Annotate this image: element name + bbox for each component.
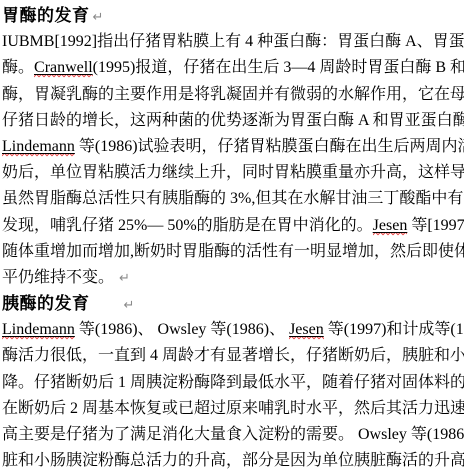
text-segment: 脏和小肠胰淀粉酶总活力的升高，部分是因为单位胰脏酶活的升高，但更主要 [2, 452, 464, 469]
document-page[interactable]: 胃酶的发育↵IUBMB[1992]指出仔猪胃粘膜上有 4 种蛋白酶：胃蛋白酶 A… [0, 0, 464, 473]
misspelled-name: Jesen [289, 321, 324, 338]
heading-text: 胃酶的发育 [2, 6, 90, 25]
text-segment: 仔猪日龄的增长，这两种菌的优势逐渐为胃蛋白酶 A 和胃亚蛋白酶替代 [2, 112, 464, 129]
text-line: 发现，哺乳仔猪 25%— 50%的脂肪是在胃中消化的。Jesen 等[1997]… [2, 213, 464, 239]
misspelled-name: Jesen [373, 217, 408, 234]
paragraph-mark-icon: ↵ [119, 271, 130, 286]
text-line: 平仍维持不变。↵ [2, 265, 464, 291]
text-segment: 平仍维持不变。 [2, 269, 114, 286]
text-segment: 随体重增加而增加,断奶时胃脂酶的活性有一明显增加，然后即使体重在不断 [2, 243, 464, 260]
text-line: Lindemann 等(1986)试验表明，仔猪胃粘膜蛋白酶在出生后两周内活性很… [2, 134, 464, 160]
text-segment: 高主要是仔猪为了满足消化大量食入淀粉的需要。 Owsley 等(1986)试验表… [2, 426, 464, 443]
text-segment: (1995)报道，仔猪在出生后 3—4 周龄时胃蛋白酶 B 和胃凝乳酶 [93, 59, 464, 76]
text-segment: 降。仔猪断奶后 1 周胰淀粉酶降到最低水平，随着仔猪对固体料的适应和饲料 [2, 374, 464, 391]
text-line: 仔猪日龄的增长，这两种菌的优势逐渐为胃蛋白酶 A 和胃亚蛋白酶替代 [2, 108, 464, 134]
text-segment: 等(1986)试验表明，仔猪胃粘膜蛋白酶在出生后两周内活性很低， [75, 138, 464, 155]
text-segment: 发现，哺乳仔猪 25%— 50%的脂肪是在胃中消化的。 [2, 217, 373, 234]
text-segment: 等(1986)、 Owsley 等(1986)、 [75, 321, 289, 338]
text-segment: 等[1997]报道， [407, 217, 464, 234]
text-line: 虽然胃脂酶总活性只有胰脂酶的 3%,但其在水解甘油三丁酸酯中有很重要的 [2, 186, 464, 212]
text-segment: 酶活力很低，一直到 4 周龄才有显著增长，仔猪断奶后，胰脏和小肠内胰淀粉 [2, 347, 464, 364]
text-line: 酶。Cranwell(1995)报道，仔猪在出生后 3—4 周龄时胃蛋白酶 B … [2, 55, 464, 81]
misspelled-name: Lindemann [2, 138, 75, 155]
heading-text: 胰酶的发育 [2, 294, 90, 313]
text-line: 酶活力很低，一直到 4 周龄才有显著增长，仔猪断奶后，胰脏和小肠内胰淀粉 [2, 343, 464, 369]
section-heading: 胰酶的发育↵ [2, 291, 464, 317]
text-segment: 酶，胃凝乳酶的主要作用是将乳凝固并有微弱的水解作用，它在母乳的消化中 [2, 86, 464, 103]
text-segment: 等(1997)和计成等(1997)报道， [324, 321, 464, 338]
section-heading: 胃酶的发育↵ [2, 3, 464, 29]
text-line: 脏和小肠胰淀粉酶总活力的升高，部分是因为单位胰脏酶活的升高，但更主要 [2, 448, 464, 473]
paragraph-mark-icon: ↵ [124, 298, 135, 313]
text-segment: 虽然胃脂酶总活性只有胰脂酶的 3%,但其在水解甘油三丁酸酯中有很重要的 [2, 190, 464, 207]
text-line: 降。仔猪断奶后 1 周胰淀粉酶降到最低水平，随着仔猪对固体料的适应和饲料 [2, 370, 464, 396]
misspelled-name: Cranwell [34, 59, 93, 76]
text-line: IUBMB[1992]指出仔猪胃粘膜上有 4 种蛋白酶：胃蛋白酶 A、胃蛋白酶 … [2, 29, 464, 55]
text-line: 随体重增加而增加,断奶时胃脂酶的活性有一明显增加，然后即使体重在不断 [2, 239, 464, 265]
text-segment: 酶。 [2, 59, 34, 76]
text-line: 在断奶后 2 周基本恢复或已超过原来哺乳时水平，然后其活力迅速升高。仔猪 [2, 396, 464, 422]
text-line: 奶后，单位胃粘膜活力继续上升，同时胃粘膜重量亦升高，这样导致胃蛋白酶 [2, 160, 464, 186]
text-segment: IUBMB[1992]指出仔猪胃粘膜上有 4 种蛋白酶：胃蛋白酶 A、胃蛋白酶 … [2, 33, 464, 50]
text-line: 高主要是仔猪为了满足消化大量食入淀粉的需要。 Owsley 等(1986)试验表… [2, 422, 464, 448]
text-segment: 奶后，单位胃粘膜活力继续上升，同时胃粘膜重量亦升高，这样导致胃蛋白酶 [2, 164, 464, 181]
misspelled-name: Lindemann [2, 321, 75, 338]
text-segment: 在断奶后 2 周基本恢复或已超过原来哺乳时水平，然后其活力迅速升高。仔猪 [2, 400, 464, 417]
text-line: 酶，胃凝乳酶的主要作用是将乳凝固并有微弱的水解作用，它在母乳的消化中 [2, 82, 464, 108]
text-line: Lindemann 等(1986)、 Owsley 等(1986)、 Jesen… [2, 317, 464, 343]
paragraph-mark-icon: ↵ [93, 10, 104, 25]
